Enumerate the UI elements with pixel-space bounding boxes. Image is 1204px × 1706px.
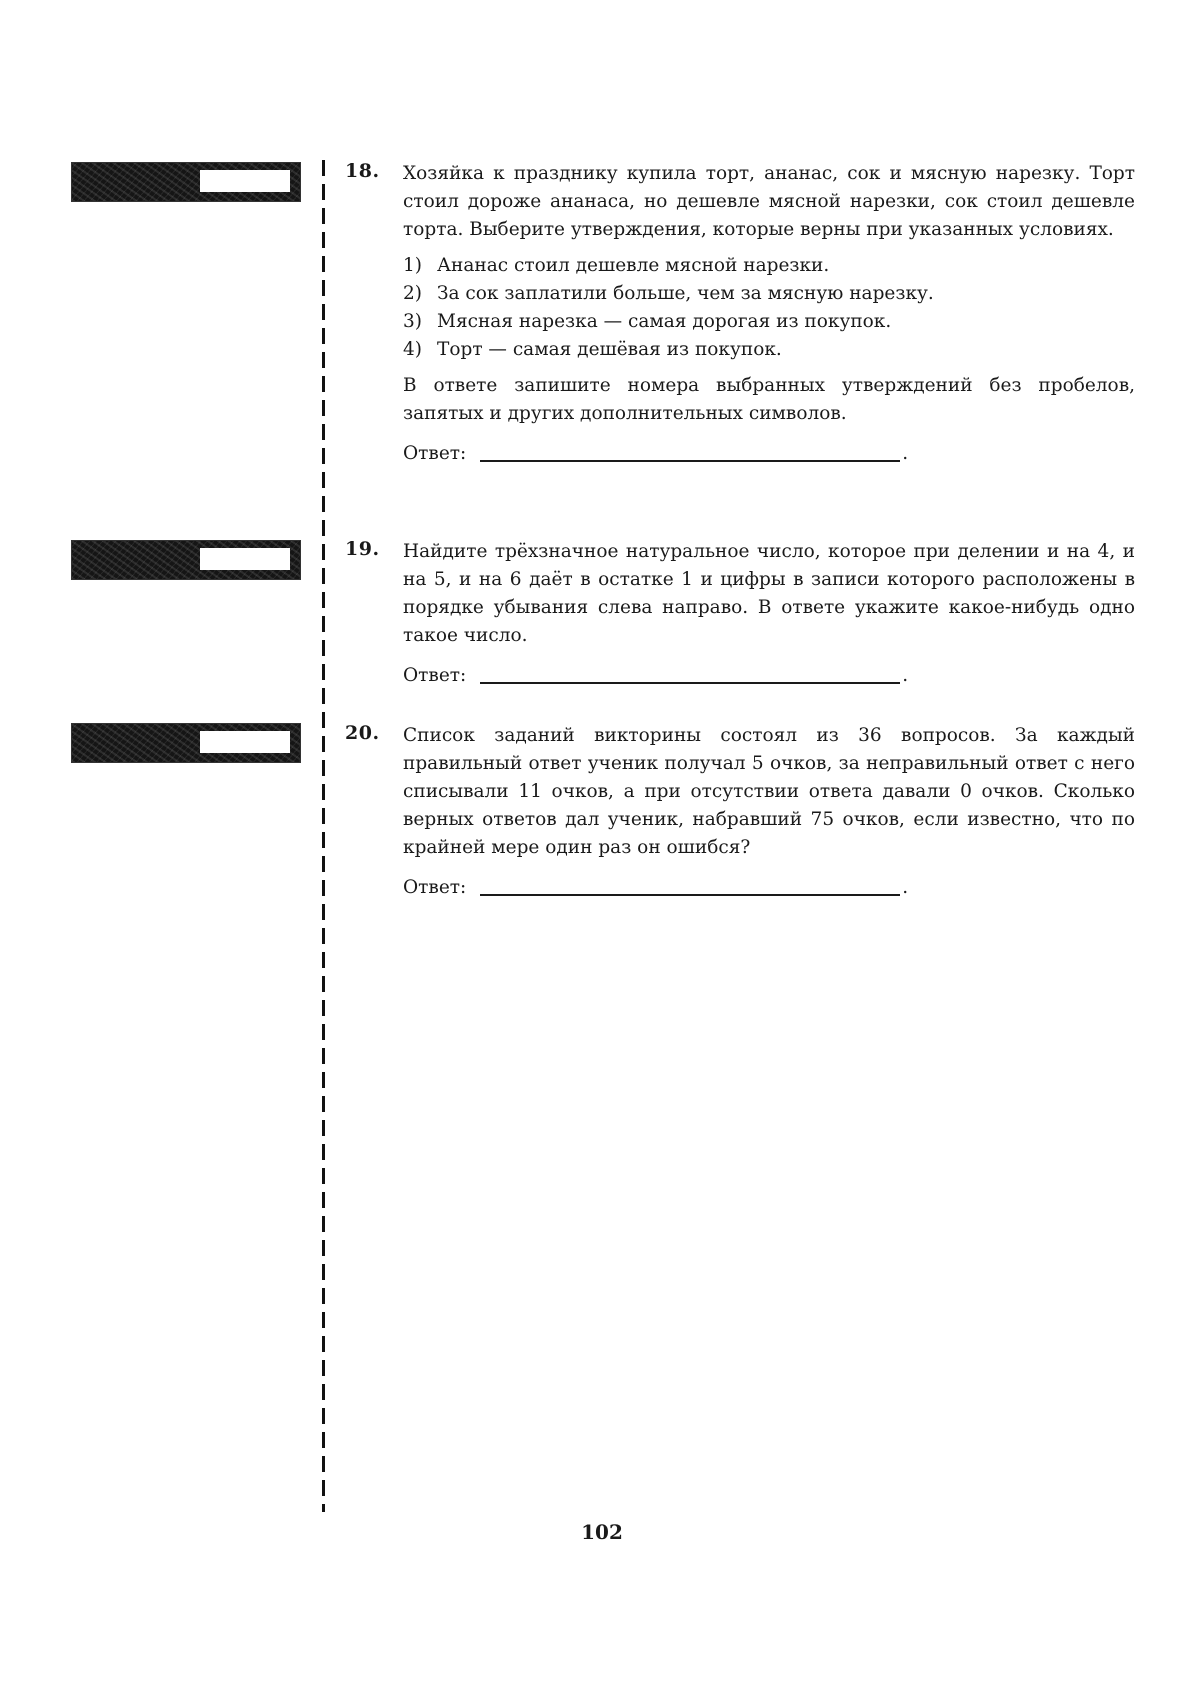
task-text: Список заданий викторины состоял из 36 в… — [403, 722, 1135, 862]
option-item: 1)Ананас стоил дешевле мясной нарезки. — [403, 252, 1135, 280]
answer-row: Ответ: . — [403, 440, 1135, 468]
option-number: 2) — [403, 280, 437, 308]
task-19: 19. Найдите трёхзначное натуральное числ… — [345, 538, 1135, 690]
task-18: 18. Хозяйка к празднику купила торт, ана… — [345, 160, 1135, 468]
answer-box-20 — [72, 724, 300, 762]
option-number: 3) — [403, 308, 437, 336]
dashed-cut-line — [322, 160, 325, 1512]
task-text: Найдите трёхзначное натуральное число, к… — [403, 538, 1135, 650]
page-number: 102 — [0, 1520, 1204, 1544]
answer-terminator: . — [902, 662, 908, 690]
task-number: 19. — [345, 538, 380, 560]
answer-box-18 — [72, 163, 300, 201]
option-text: Торт — самая дешёвая из покупок. — [437, 339, 782, 360]
task-number: 18. — [345, 160, 380, 182]
task-number: 20. — [345, 722, 380, 744]
answer-instructions: В ответе запишите номера выбранных утвер… — [403, 372, 1135, 428]
option-number: 1) — [403, 252, 437, 280]
option-text: Ананас стоил дешевле мясной нарезки. — [437, 255, 829, 276]
answer-label: Ответ: — [403, 440, 466, 468]
option-number: 4) — [403, 336, 437, 364]
answer-input-line[interactable] — [480, 459, 900, 462]
answer-terminator: . — [902, 440, 908, 468]
options-list: 1)Ананас стоил дешевле мясной нарезки. 2… — [403, 252, 1135, 364]
answer-row: Ответ: . — [403, 662, 1135, 690]
answer-row: Ответ: . — [403, 874, 1135, 902]
option-item: 4)Торт — самая дешёвая из покупок. — [403, 336, 1135, 364]
task-text: Хозяйка к празднику купила торт, ананас,… — [403, 160, 1135, 244]
answer-terminator: . — [902, 874, 908, 902]
exam-page: 18. Хозяйка к празднику купила торт, ана… — [0, 0, 1204, 1706]
answer-input-line[interactable] — [480, 681, 900, 684]
answer-label: Ответ: — [403, 874, 466, 902]
option-text: За сок заплатили больше, чем за мясную н… — [437, 283, 934, 304]
answer-box-slot-18[interactable] — [200, 170, 290, 192]
option-item: 2)За сок заплатили больше, чем за мясную… — [403, 280, 1135, 308]
task-20: 20. Список заданий викторины состоял из … — [345, 722, 1135, 902]
answer-input-line[interactable] — [480, 893, 900, 896]
answer-label: Ответ: — [403, 662, 466, 690]
answer-box-19 — [72, 541, 300, 579]
option-item: 3)Мясная нарезка — самая дорогая из поку… — [403, 308, 1135, 336]
answer-box-slot-20[interactable] — [200, 731, 290, 753]
option-text: Мясная нарезка — самая дорогая из покупо… — [437, 311, 891, 332]
answer-box-slot-19[interactable] — [200, 548, 290, 570]
